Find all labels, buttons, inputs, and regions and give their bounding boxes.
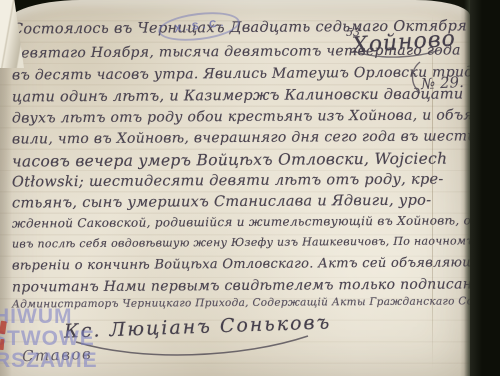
manuscript-line: часовъ вечера умеръ Войцѣхъ Отловски, Wo… xyxy=(12,149,452,170)
signature-paraph-flourish xyxy=(72,334,316,360)
manuscript-line-clerk-title: Администраторъ Черницкаго Прихода, Содер… xyxy=(12,295,452,310)
manuscript-line: Otłowski; шестидесяти девяти лѣтъ отъ ро… xyxy=(12,171,452,190)
manuscript-line: вѣреніи о кончинѣ Войцѣха Отловскаго. Ак… xyxy=(12,255,452,273)
manuscript-line: въ десять часовъ утра. Явились Матеушъ О… xyxy=(12,64,452,83)
manuscript-line: стьянъ, сынъ умершихъ Станислава и Ядвиг… xyxy=(12,192,452,211)
manuscript-line: цати одинъ лѣтъ, и Казимержъ Калиновски … xyxy=(12,86,452,105)
manuscript-line: ивъ послѣ себя овдовѣвшую жену Юзефу изъ… xyxy=(12,234,452,250)
manuscript-line: жденной Саковской, родившійся и жительст… xyxy=(12,213,452,230)
photographed-register-page: Состоялось въ Черницахъ Двадцать седьмаг… xyxy=(0,0,500,376)
photo-dark-background xyxy=(470,0,500,376)
manuscript-page: Состоялось въ Черницахъ Двадцать седьмаг… xyxy=(0,0,470,376)
archive-watermark-line: HIWUM xyxy=(0,305,72,329)
archive-watermark-line: RSZAWIE xyxy=(0,349,98,373)
archive-watermark-line: STWOWE xyxy=(0,327,95,351)
place-underline-flourish xyxy=(354,48,444,60)
manuscript-line: вили, что въ Хойновѣ, вчерашняго дня сег… xyxy=(12,128,452,147)
oval-stamp-text: X.S.C. xyxy=(170,18,228,36)
manuscript-line: прочитанъ Нами первымъ свидѣтелемъ тольк… xyxy=(12,276,452,295)
manuscript-line: двухъ лѣтъ отъ роду обои крестьянъ изъ Х… xyxy=(12,107,452,126)
red-stamp-fragment xyxy=(0,339,4,350)
